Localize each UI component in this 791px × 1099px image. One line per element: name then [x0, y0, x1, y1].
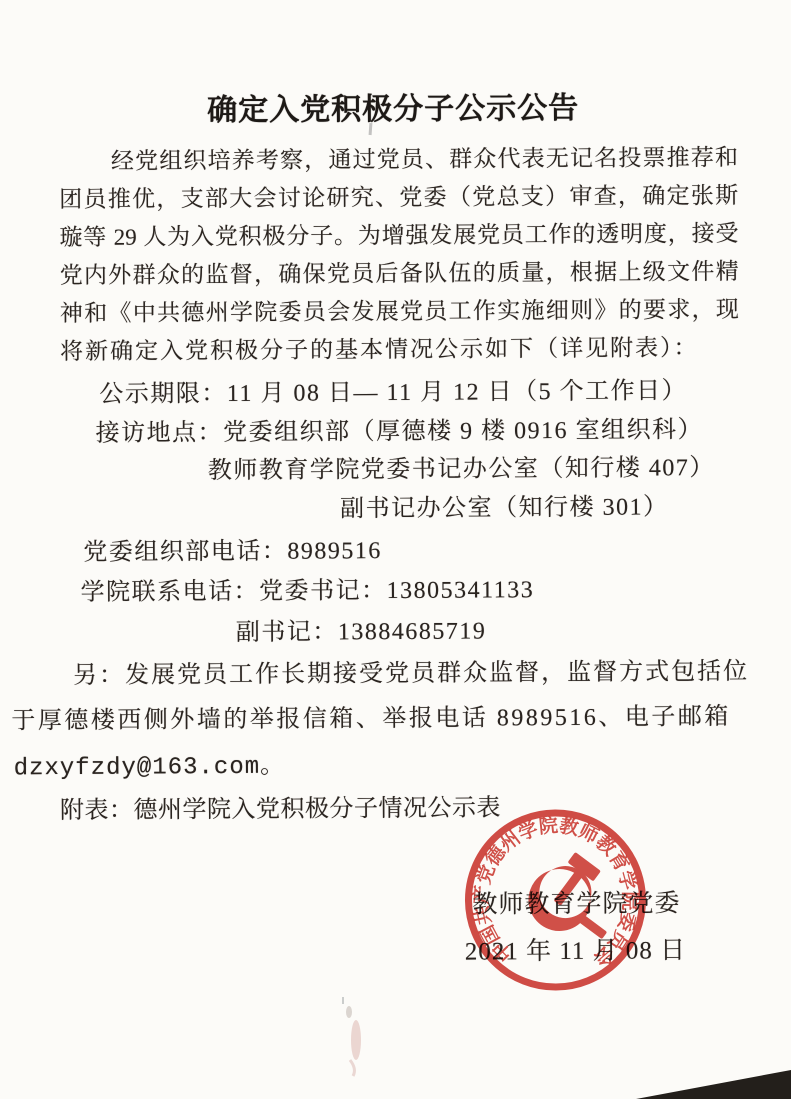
scanned-notice-page: 确定入党积极分子公示公告 经党组织培养考察，通过党员、群众代表无记名投票推荐和 …	[0, 0, 791, 1099]
paragraph-line: 璇等 29 人为入党积极分子。为增强发展党员工作的透明度，接受	[59, 215, 738, 257]
document-content: 确定入党积极分子公示公告 经党组织培养考察，通过党员、群众代表无记名投票推荐和 …	[0, 0, 791, 1099]
paragraph-line: 经党组织培养考察，通过党员、群众代表无记名投票推荐和	[59, 139, 738, 181]
college-phone: 学院联系电话：党委书记：13805341133	[80, 569, 534, 607]
hammer-sickle-icon	[522, 849, 611, 949]
supervision-line-2: 于厚德楼西侧外墙的举报信箱、举报电话 8989516、电子邮箱	[11, 696, 731, 735]
page-title: 确定入党积极分子公示公告	[0, 82, 789, 131]
paragraph-line: 将新确定入党积极分子的基本情况公示如下（详见附表）：	[60, 329, 739, 371]
supervision-email: dzxyfzdy@163.com。	[14, 745, 286, 783]
deputy-phone: 副书记：13884685719	[236, 610, 487, 647]
main-paragraph: 经党组织培养考察，通过党员、群众代表无记名投票推荐和 团员推优，支部大会讨论研究…	[59, 139, 739, 371]
publicity-period: 公示期限：11 月 08 日— 11 月 12 日（5 个工作日）	[99, 370, 687, 409]
supervision-line-1: 另：发展党员工作长期接受党员群众监督，监督方式包括位	[73, 651, 749, 690]
visit-location-3: 副书记办公室（知行楼 301）	[340, 486, 669, 523]
visit-location-1: 接访地点：党委组织部（厚德楼 9 楼 0916 室组织科）	[95, 409, 703, 448]
attachment-line: 附表：德州学院入党积极分子情况公示表	[60, 787, 501, 825]
org-dept-phone: 党委组织部电话：8989516	[83, 530, 382, 567]
paragraph-line: 团员推优，支部大会讨论研究、党委（党总支）审查，确定张斯	[59, 177, 738, 219]
official-seal: 中国共产党德州学院教师教育学院委员会	[450, 794, 661, 1005]
paragraph-line: 神和《中共德州学院委员会发展党员工作实施细则》的要求，现	[60, 291, 739, 333]
paragraph-line: 党内外群众的监督，确保党员后备队伍的质量，根据上级文件精	[60, 253, 739, 295]
visit-location-2: 教师教育学院党委书记办公室（知行楼 407）	[208, 447, 715, 485]
